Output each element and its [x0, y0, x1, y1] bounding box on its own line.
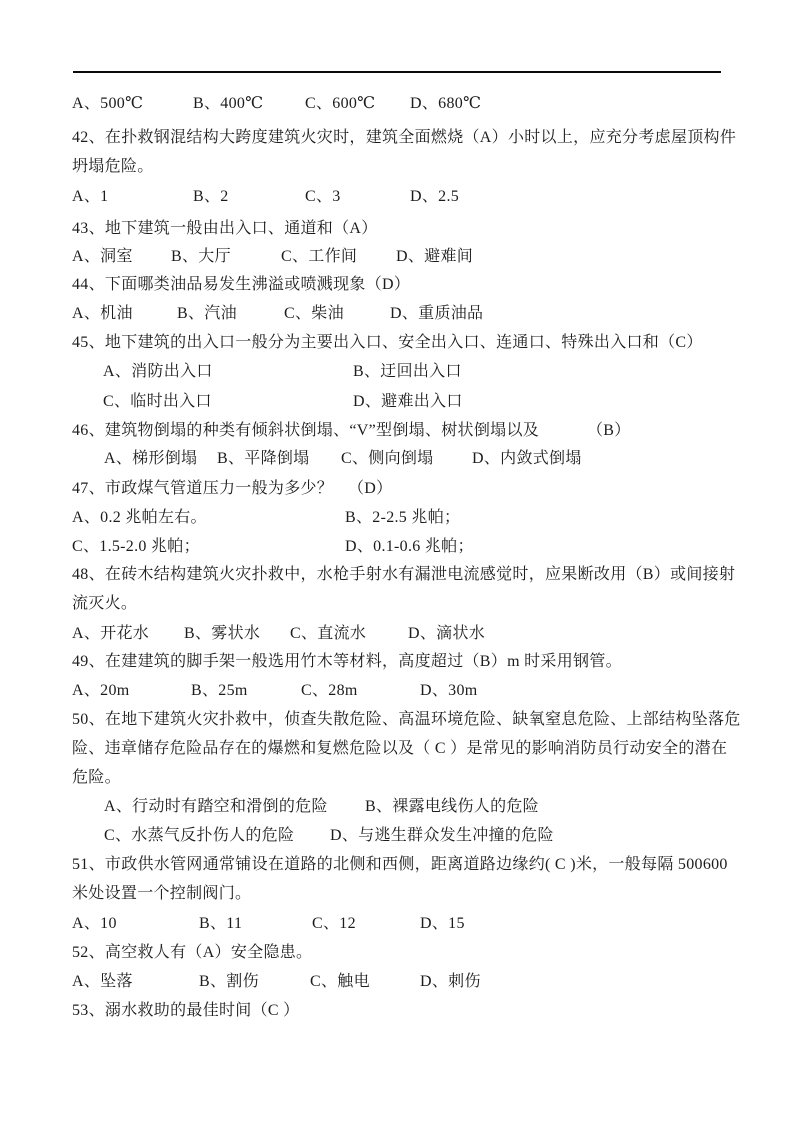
question-43-line: 43、地下建筑一般由出入口、通道和（A） — [0, 218, 793, 240]
question-text: 坍塌危险。 — [72, 156, 154, 178]
option-a: A、10 — [72, 913, 117, 935]
question-48-continuation: 流灭火。 — [0, 593, 793, 615]
option-b: B、2 — [193, 186, 229, 208]
options-row-q46: A、梯形倒塌 B、平降倒塌 C、侧向倒塌 D、内敛式倒塌 — [0, 448, 793, 470]
options-row-q50-cd: C、水蒸气反扑伤人的危险 D、与逃生群众发生冲撞的危险 — [0, 825, 793, 847]
option-c: C、28m — [301, 680, 358, 702]
option-c: C、直流水 — [290, 623, 366, 645]
option-d: D、内敛式倒塌 — [472, 448, 582, 470]
options-row-q45-ab: A、消防出入口 B、迂回出入口 — [0, 361, 793, 383]
option-c: C、柴油 — [284, 303, 344, 325]
options-row-q43: A、洞室 B、大厅 C、工作间 D、避难间 — [0, 246, 793, 268]
option-d: D、与逃生群众发生冲撞的危险 — [330, 825, 554, 847]
option-a: A、20m — [72, 680, 130, 702]
option-a: A、开花水 — [72, 623, 149, 645]
question-text: 米处设置一个控制阀门。 — [72, 883, 251, 905]
options-row-q42: A、1 B、2 C、3 D、2.5 — [0, 186, 793, 208]
option-c: C、侧向倒塌 — [341, 448, 433, 470]
question-text: 46、建筑物倒塌的种类有倾斜状倒塌、“V”型倒塌、树状倒塌以及 — [72, 420, 539, 442]
option-b: B、11 — [199, 913, 242, 935]
options-row-q47-cd: C、1.5-2.0 兆帕； D、0.1-0.6 兆帕； — [0, 536, 793, 558]
question-text: 47、市政煤气管道压力一般为多少？ — [72, 478, 333, 500]
option-a: A、消防出入口 — [103, 361, 213, 383]
option-a: A、梯形倒塌 — [104, 448, 197, 470]
option-b: B、大厅 — [171, 246, 231, 268]
answer-mark: （D） — [348, 478, 392, 500]
options-row-q44: A、机油 B、汽油 C、柴油 D、重质油品 — [0, 303, 793, 325]
option-d: D、680℃ — [410, 93, 481, 115]
option-d: D、避难间 — [396, 246, 473, 268]
question-text: 44、下面哪类油品易发生沸溢或喷溅现象（D） — [72, 274, 410, 296]
question-47-line: 47、市政煤气管道压力一般为多少？ （D） — [0, 478, 793, 500]
options-row-q45-cd: C、临时出入口 D、避难出入口 — [0, 391, 793, 413]
question-42-line: 42、在扑救钢混结构大跨度建筑火灾时，建筑全面燃烧（A）小时以上，应充分考虑屋顶… — [0, 127, 793, 149]
option-c: C、水蒸气反扑伤人的危险 — [104, 825, 294, 847]
option-d: D、刺伤 — [420, 971, 481, 993]
question-text: 48、在砖木结构建筑火灾扑救中，水枪手射水有漏泄电流感觉时，应果断改用（B）或间… — [72, 564, 735, 586]
option-b: B、2-2.5 兆帕； — [345, 507, 460, 529]
option-d: D、避难出入口 — [353, 391, 463, 413]
question-51-line: 51、市政供水管网通常铺设在道路的北侧和西侧，距离道路边缘约( C )米，一般每… — [0, 854, 793, 876]
question-48-line: 48、在砖木结构建筑火灾扑救中，水枪手射水有漏泄电流感觉时，应果断改用（B）或间… — [0, 564, 793, 586]
question-text: 51、市政供水管网通常铺设在道路的北侧和西侧，距离道路边缘约( C )米，一般每… — [72, 854, 728, 876]
options-row-q50-ab: A、行动时有踏空和滑倒的危险 B、裸露电线伤人的危险 — [0, 796, 793, 818]
option-b: B、25m — [191, 680, 248, 702]
question-text: 50、在地下建筑火灾扑救中，侦查失散危险、高温环境危险、缺氧窒息危险、上部结构坠… — [72, 709, 741, 731]
question-text: 43、地下建筑一般由出入口、通道和（A） — [72, 218, 378, 240]
option-d: D、15 — [420, 913, 465, 935]
options-row-q51: A、10 B、11 C、12 D、15 — [0, 913, 793, 935]
option-a: A、500℃ — [72, 93, 143, 115]
option-a: A、0.2 兆帕左右。 — [72, 507, 207, 529]
option-b: B、裸露电线伤人的危险 — [365, 796, 539, 818]
options-row-q41: A、500℃ B、400℃ C、600℃ D、680℃ — [0, 93, 793, 115]
option-b: B、割伤 — [199, 971, 259, 993]
option-c: C、触电 — [310, 971, 370, 993]
options-row-q49: A、20m B、25m C、28m D、30m — [0, 680, 793, 702]
option-a: A、1 — [72, 186, 108, 208]
option-d: D、30m — [420, 680, 478, 702]
option-d: D、0.1-0.6 兆帕； — [345, 536, 474, 558]
question-text: 49、在建建筑的脚手架一般选用竹木等材料，高度超过（B）m 时采用钢管。 — [72, 651, 622, 673]
option-c: C、600℃ — [305, 93, 375, 115]
option-c: C、临时出入口 — [103, 391, 212, 413]
option-c: C、3 — [305, 186, 341, 208]
options-row-q48: A、开花水 B、雾状水 C、直流水 D、滴状水 — [0, 623, 793, 645]
question-text: 危险。 — [72, 767, 121, 789]
option-b: B、汽油 — [177, 303, 237, 325]
question-50-continuation2: 危险。 — [0, 767, 793, 789]
question-text: 52、高空救人有（A）安全隐患。 — [72, 942, 312, 964]
option-d: D、滴状水 — [408, 623, 485, 645]
options-row-q52: A、坠落 B、割伤 C、触电 D、刺伤 — [0, 971, 793, 993]
question-51-continuation: 米处设置一个控制阀门。 — [0, 883, 793, 905]
question-52-line: 52、高空救人有（A）安全隐患。 — [0, 942, 793, 964]
question-44-line: 44、下面哪类油品易发生沸溢或喷溅现象（D） — [0, 274, 793, 296]
question-50-continuation: 险、违章储存危险品存在的爆燃和复燃危险以及（ C ）是常见的影响消防员行动安全的… — [0, 738, 793, 760]
question-text: 险、违章储存危险品存在的爆燃和复燃危险以及（ C ）是常见的影响消防员行动安全的… — [72, 738, 727, 760]
option-d: D、2.5 — [410, 186, 459, 208]
option-b: B、平降倒塌 — [217, 448, 309, 470]
question-45-line: 45、地下建筑的出入口一般分为主要出入口、安全出入口、连通口、特殊出入口和（C） — [0, 332, 793, 354]
question-42-continuation: 坍塌危险。 — [0, 156, 793, 178]
options-row-q47-ab: A、0.2 兆帕左右。 B、2-2.5 兆帕； — [0, 507, 793, 529]
question-text: 53、溺水救助的最佳时间（C ） — [72, 1000, 299, 1022]
header-rule — [73, 71, 721, 73]
option-a: A、坠落 — [72, 971, 133, 993]
answer-mark: （B） — [587, 420, 631, 442]
option-c: C、1.5-2.0 兆帕； — [72, 536, 200, 558]
option-d: D、重质油品 — [390, 303, 483, 325]
question-text: 45、地下建筑的出入口一般分为主要出入口、安全出入口、连通口、特殊出入口和（C） — [72, 332, 703, 354]
document-page: A、500℃ B、400℃ C、600℃ D、680℃ 42、在扑救钢混结构大跨… — [0, 0, 793, 1122]
option-b: B、400℃ — [193, 93, 263, 115]
option-c: C、12 — [312, 913, 356, 935]
option-b: B、雾状水 — [184, 623, 260, 645]
question-46-line: 46、建筑物倒塌的种类有倾斜状倒塌、“V”型倒塌、树状倒塌以及 （B） — [0, 420, 793, 442]
option-c: C、工作间 — [281, 246, 357, 268]
option-a: A、机油 — [72, 303, 133, 325]
question-text: 流灭火。 — [72, 593, 137, 615]
question-50-line: 50、在地下建筑火灾扑救中，侦查失散危险、高温环境危险、缺氧窒息危险、上部结构坠… — [0, 709, 793, 731]
question-49-line: 49、在建建筑的脚手架一般选用竹木等材料，高度超过（B）m 时采用钢管。 — [0, 651, 793, 673]
option-a: A、洞室 — [72, 246, 133, 268]
option-a: A、行动时有踏空和滑倒的危险 — [104, 796, 328, 818]
option-b: B、迂回出入口 — [353, 361, 462, 383]
question-text: 42、在扑救钢混结构大跨度建筑火灾时，建筑全面燃烧（A）小时以上，应充分考虑屋顶… — [72, 127, 736, 149]
question-53-line: 53、溺水救助的最佳时间（C ） — [0, 1000, 793, 1022]
